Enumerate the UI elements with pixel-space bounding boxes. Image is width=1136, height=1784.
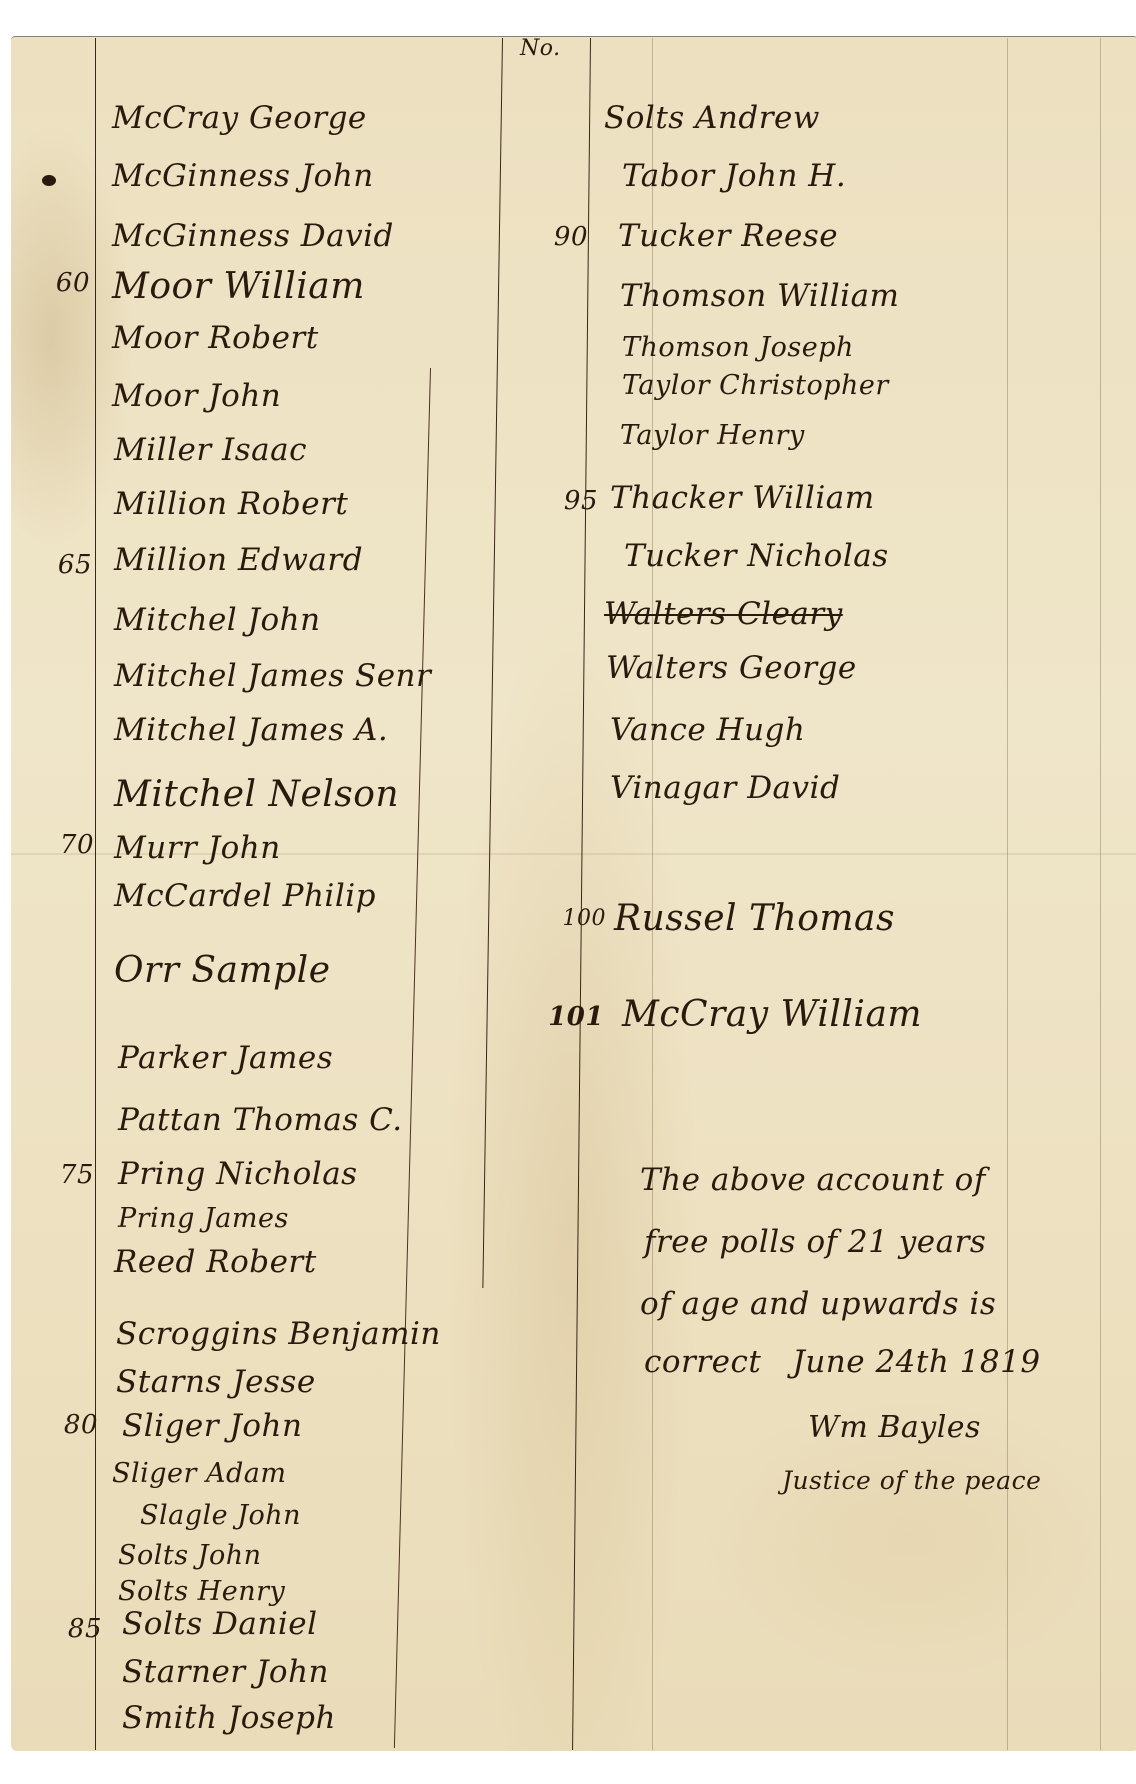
struck-list-entry-name: Walters Cleary — [604, 596, 843, 632]
entry-number: 90 — [528, 222, 588, 252]
list-entry-name: Vance Hugh — [610, 712, 805, 748]
entry-number: 101 — [544, 1002, 604, 1032]
list-entry-name: McCray George — [112, 100, 367, 136]
list-entry-name: Million Robert — [114, 486, 348, 522]
list-entry-name: Moor Robert — [112, 320, 319, 356]
ink-blot — [42, 175, 56, 186]
list-entry-name: Scroggins Benjamin — [116, 1316, 441, 1352]
entry-number: 60 — [30, 268, 90, 298]
list-entry-name: McCray William — [622, 994, 922, 1035]
signature: Wm Bayles — [808, 1410, 981, 1445]
certification-date-line: correct June 24th 1819 — [644, 1344, 1041, 1380]
list-entry-name: Russel Thomas — [614, 898, 895, 939]
list-entry-name: Miller Isaac — [114, 432, 307, 468]
entry-number: 65 — [32, 550, 92, 580]
list-entry-name: McGinness John — [112, 158, 374, 194]
list-entry-name: Mitchel Nelson — [114, 774, 399, 815]
entry-number: 95 — [538, 486, 598, 516]
entry-number: 100 — [546, 906, 606, 931]
certification-line: of age and upwards is — [640, 1286, 996, 1322]
list-entry-name: Solts Andrew — [604, 100, 820, 136]
certification-line: The above account of — [640, 1162, 986, 1198]
list-entry-name: Taylor Christopher — [622, 370, 889, 401]
number-column-header: No. — [520, 36, 561, 61]
entry-number: 85 — [42, 1614, 102, 1644]
signature-title: Justice of the peace — [782, 1466, 1041, 1495]
list-entry-name: Moor John — [112, 378, 281, 414]
list-entry-name: Walters George — [606, 650, 857, 686]
list-entry-name: Thomson William — [620, 278, 899, 314]
list-entry-name: Taylor Henry — [620, 420, 805, 451]
entry-number: 80 — [38, 1410, 98, 1440]
faint-rule-3 — [1100, 38, 1101, 1750]
list-entry-name: Tabor John H. — [622, 158, 846, 194]
list-entry-name: Pattan Thomas C. — [118, 1102, 403, 1138]
list-entry-name: Orr Sample — [114, 950, 331, 991]
list-entry-name: Tucker Nicholas — [624, 538, 889, 574]
list-entry-name: Million Edward — [114, 542, 363, 578]
list-entry-name: Thacker William — [610, 480, 875, 516]
list-entry-name: Smith Joseph — [122, 1700, 336, 1736]
list-entry-name: Solts Daniel — [122, 1606, 318, 1642]
list-entry-name: Thomson Joseph — [622, 332, 854, 363]
list-entry-name: Murr John — [114, 830, 281, 866]
list-entry-name: Sliger John — [122, 1408, 302, 1444]
list-entry-name: Mitchel James Senr — [114, 658, 431, 694]
list-entry-name: Pring Nicholas — [118, 1156, 358, 1192]
list-entry-name: Slagle John — [140, 1500, 301, 1531]
certification-line: free polls of 21 years — [644, 1224, 986, 1260]
list-entry-name: Starner John — [122, 1654, 329, 1690]
list-entry-name: Moor William — [112, 266, 365, 307]
list-entry-name: Sliger Adam — [112, 1458, 287, 1489]
list-entry-name: Mitchel John — [114, 602, 321, 638]
list-entry-name: Pring James — [118, 1203, 289, 1234]
list-entry-name: Vinagar David — [610, 770, 840, 806]
list-entry-name: Tucker Reese — [618, 218, 838, 254]
list-entry-name: Reed Robert — [114, 1244, 317, 1280]
list-entry-name: Solts Henry — [118, 1576, 285, 1607]
entry-number: 75 — [34, 1160, 94, 1190]
list-entry-name: Starns Jesse — [116, 1364, 316, 1400]
left-margin-rule — [95, 38, 96, 1750]
list-entry-name: McGinness David — [112, 218, 394, 254]
entry-number: 70 — [34, 830, 94, 860]
list-entry-name: Solts John — [118, 1540, 262, 1571]
list-entry-name: Mitchel James A. — [114, 712, 388, 748]
list-entry-name: McCardel Philip — [114, 878, 376, 914]
list-entry-name: Parker James — [118, 1040, 333, 1076]
